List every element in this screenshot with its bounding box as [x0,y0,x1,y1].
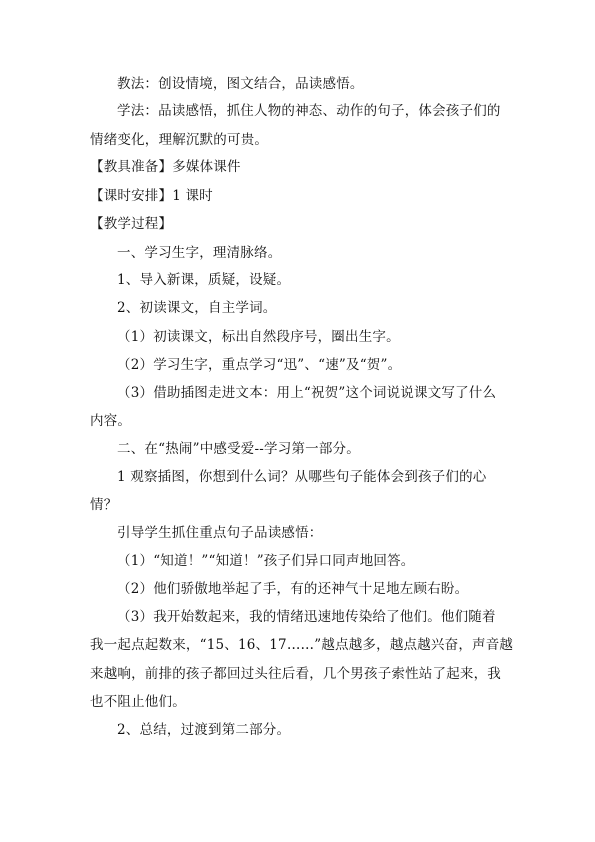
sentence-3-line-3: 来越响，前排的孩子都回过头往后看，几个男孩子索性站了起来，我 [90,666,501,682]
sentence-2: （2）他们骄傲地举起了手，有的还神气十足地左顾右盼。 [117,581,468,597]
guide-text: 引导学生抓住重点句子品读感悟： [117,525,323,541]
document-page: 教法：创设情境，图文结合，品读感悟。 学法：品读感悟，抓住人物的神态、动作的句子… [0,0,595,842]
section-2-item-1-line-2: 情？ [90,497,117,513]
teaching-method-line: 教法：创设情境，图文结合，品读感悟。 [117,76,364,92]
sentence-1: （1）“知道！”“知道！”孩子们异口同声地回答。 [117,553,415,569]
sentence-3-line-1: （3）我开始数起来，我的情绪迅速地传染给了他们。他们随着 [117,609,496,625]
section-1-item-1: 1、导入新课，质疑，设疑。 [117,272,290,288]
teaching-process-heading: 【教学过程】 [90,216,172,232]
section-1-item-2-sub-2: （2）学习生字，重点学习“迅”、“速”及“贺”。 [117,357,401,373]
section-2-title: 二、在“热闹”中感受爱--学习第一部分。 [117,441,360,457]
learning-method-line-1: 学法：品读感悟，抓住人物的神态、动作的句子，体会孩子们的 [117,103,501,119]
section-1-item-2-sub-3-line-1: （3）借助插图走进文本：用上“祝贺”这个词说说课文写了什么 [117,385,496,401]
section-2-item-2: 2、总结，过渡到第二部分。 [117,722,290,738]
sentence-3-line-4: 也不阻止他们。 [90,694,186,710]
section-1-item-2-sub-3-line-2: 内容。 [90,413,131,429]
class-hours-heading: 【课时安排】1 课时 [90,188,213,204]
section-1-item-2-sub-1: （1）初读课文，标出自然段序号，圈出生字。 [117,329,400,345]
sentence-3-line-2: 我一起点起数来，“15、16、17……”越点越多，越点越兴奋，声音越 [90,637,513,653]
section-1-item-2: 2、初读课文，自主学词。 [117,300,277,316]
learning-method-line-2: 情绪变化，理解沉默的可贵。 [90,132,268,148]
section-1-title: 一、学习生字，理清脉络。 [117,245,281,261]
section-2-item-1-line-1: 1 观察插图，你想到什么词？从哪些句子能体会到孩子们的心 [117,469,486,485]
teaching-aids-heading: 【教具准备】多媒体课件 [90,159,241,175]
